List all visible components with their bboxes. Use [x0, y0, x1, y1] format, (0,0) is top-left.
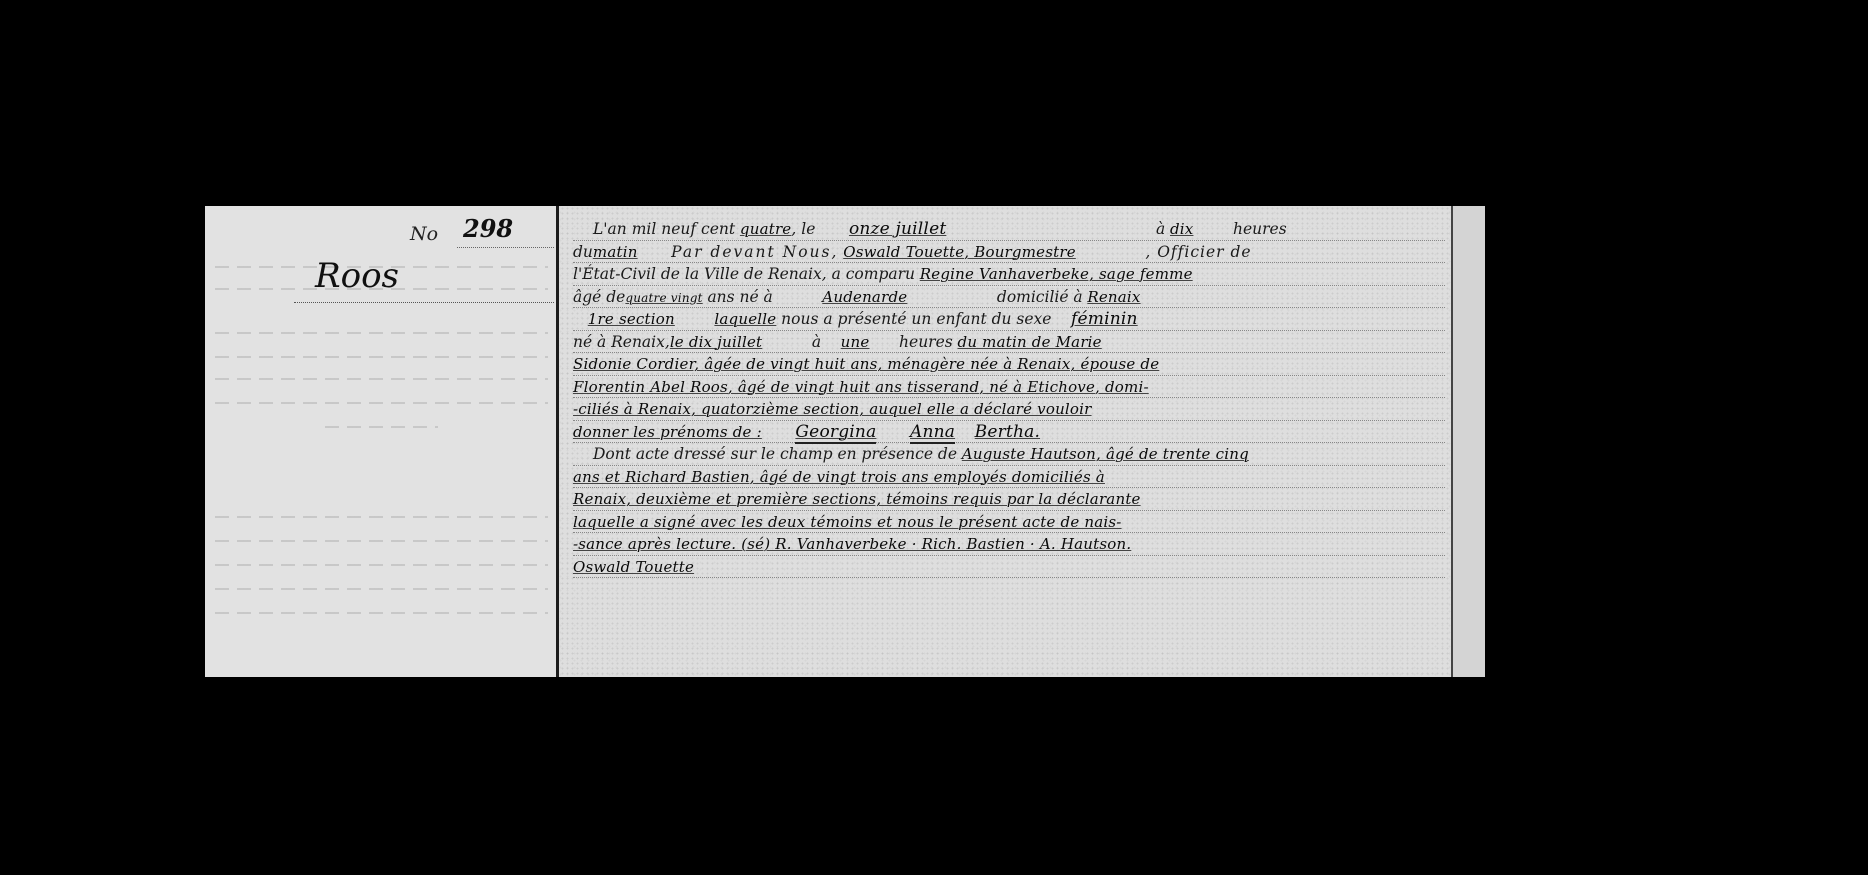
record-line-4: âgé dequatre vingt ans né à Audenarde do… [573, 286, 1445, 309]
record-number-label: No [410, 223, 438, 245]
record-line-10: donner les prénoms de : Georgina Anna Be… [573, 421, 1445, 444]
record-line-3: l'État-Civil de la Ville de Renaix, a co… [573, 263, 1445, 286]
bleed-through-text [215, 588, 548, 590]
column-divider [556, 206, 559, 677]
record-line-11: Dont acte dressé sur le champ en présenc… [573, 443, 1445, 466]
record-number-line [457, 247, 554, 248]
record-line-12: ans et Richard Bastien, âgé de vingt tro… [573, 466, 1445, 489]
bleed-through-text [215, 332, 548, 334]
bleed-through-text [215, 402, 548, 404]
record-line-13: Renaix, deuxième et première sections, t… [573, 488, 1445, 511]
right-margin-strip [1453, 206, 1485, 677]
bleed-through-text [325, 426, 438, 428]
record-line-1: L'an mil neuf cent quatre, le onze juill… [573, 218, 1445, 241]
given-name-2: Anna [910, 422, 955, 444]
record-line-14: laquelle a signé avec les deux témoins e… [573, 511, 1445, 534]
record-line-16: Oswald Touette [573, 556, 1445, 579]
surname: Roos [315, 256, 399, 296]
officer-signature: Oswald Touette [573, 558, 694, 576]
bleed-through-text [215, 612, 548, 614]
margin-column: No 298 Roos [205, 206, 558, 677]
record-line-2: dumatin Par devant Nous, Oswald Touette,… [573, 241, 1445, 264]
record-line-6: né à Renaix,le dix juillet à une heures … [573, 331, 1445, 354]
bleed-through-text [215, 516, 548, 518]
bleed-through-text [215, 356, 548, 358]
record-line-9: -ciliés à Renaix, quatorzième section, a… [573, 398, 1445, 421]
given-name-1: Georgina [795, 422, 876, 444]
record-body: L'an mil neuf cent quatre, le onze juill… [573, 218, 1445, 578]
bleed-through-text [215, 564, 548, 566]
given-name-3: Bertha. [975, 422, 1040, 442]
record-line-5: 1re section laquelle nous a présenté un … [573, 308, 1445, 331]
record-line-7: Sidonie Cordier, âgée de vingt huit ans,… [573, 353, 1445, 376]
record-number-value: 298 [463, 214, 513, 243]
record-line-8: Florentin Abel Roos, âgé de vingt huit a… [573, 376, 1445, 399]
bleed-through-text [215, 378, 548, 380]
document-page: No 298 Roos L'an mil neuf cent quatre, l… [205, 206, 1485, 677]
surname-line [294, 302, 554, 303]
bleed-through-text [215, 540, 548, 542]
record-line-15: -sance après lecture. (sé) R. Vanhaverbe… [573, 533, 1445, 556]
